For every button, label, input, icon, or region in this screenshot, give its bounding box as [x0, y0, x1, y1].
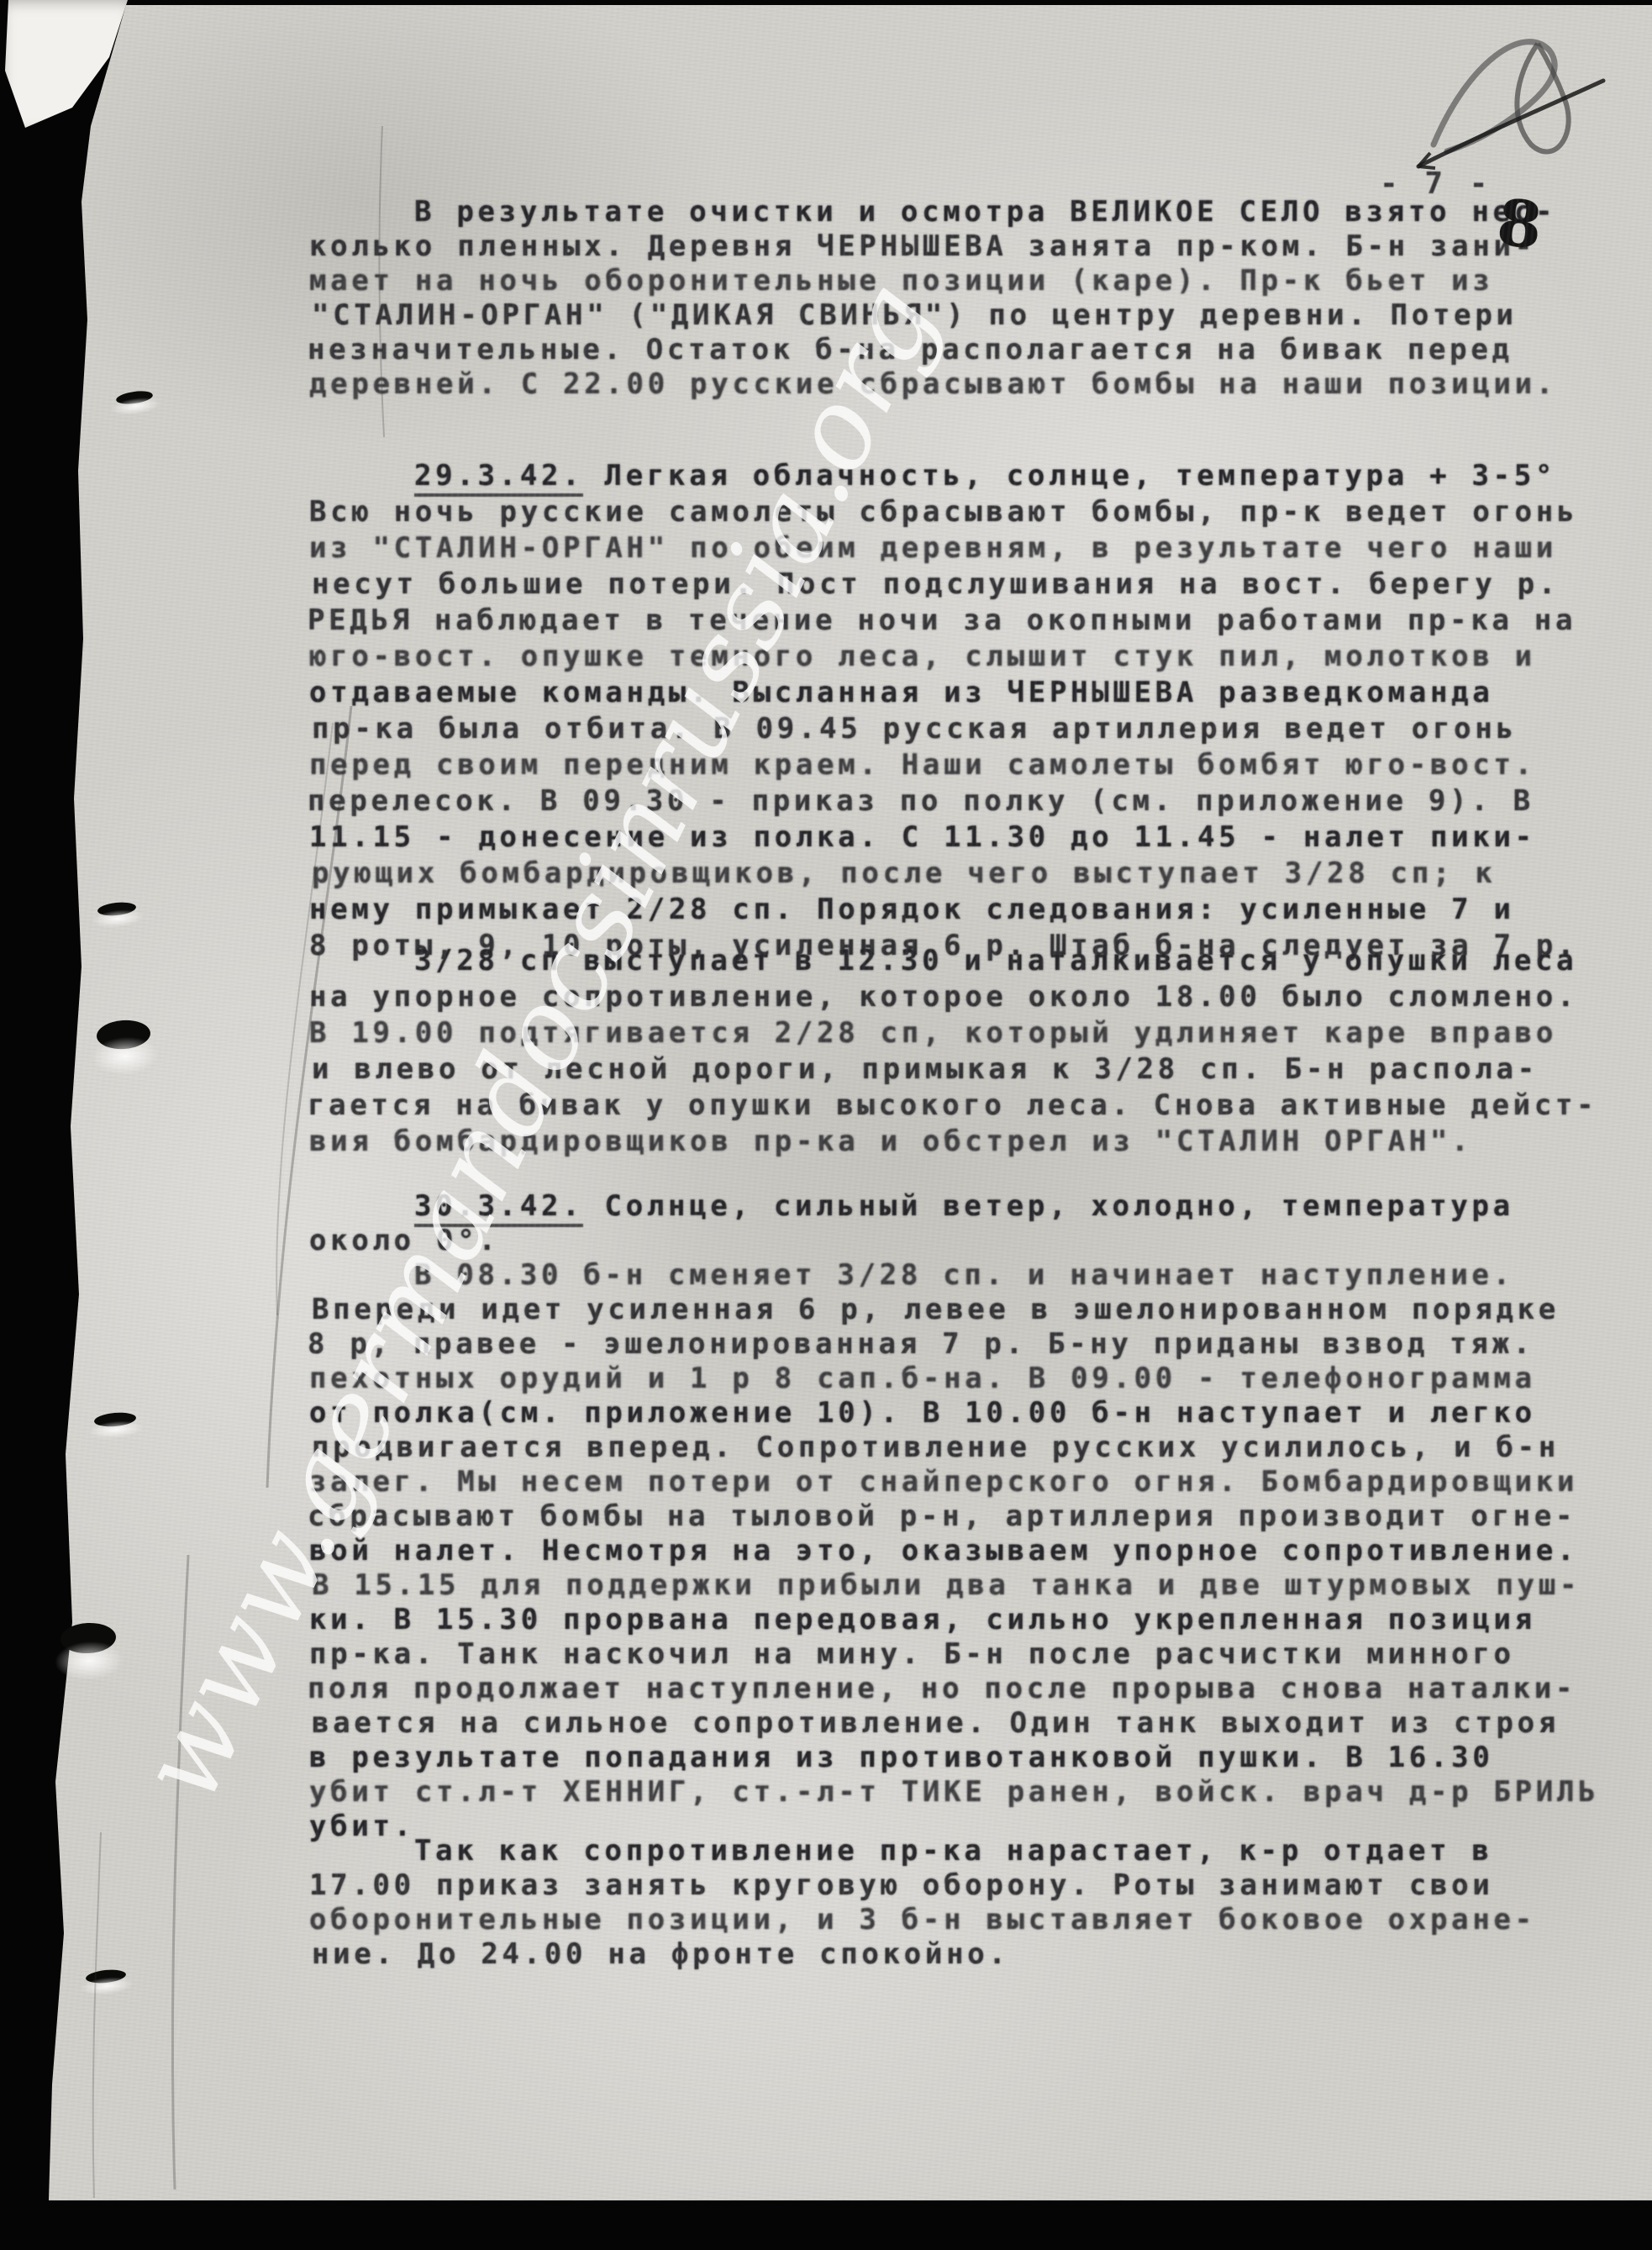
scratch-marks — [0, 0, 1652, 2250]
handwritten-scribble — [1418, 42, 1603, 168]
scanned-document: { "page": { "typed_page_number": "- 7 -"… — [0, 0, 1652, 2250]
